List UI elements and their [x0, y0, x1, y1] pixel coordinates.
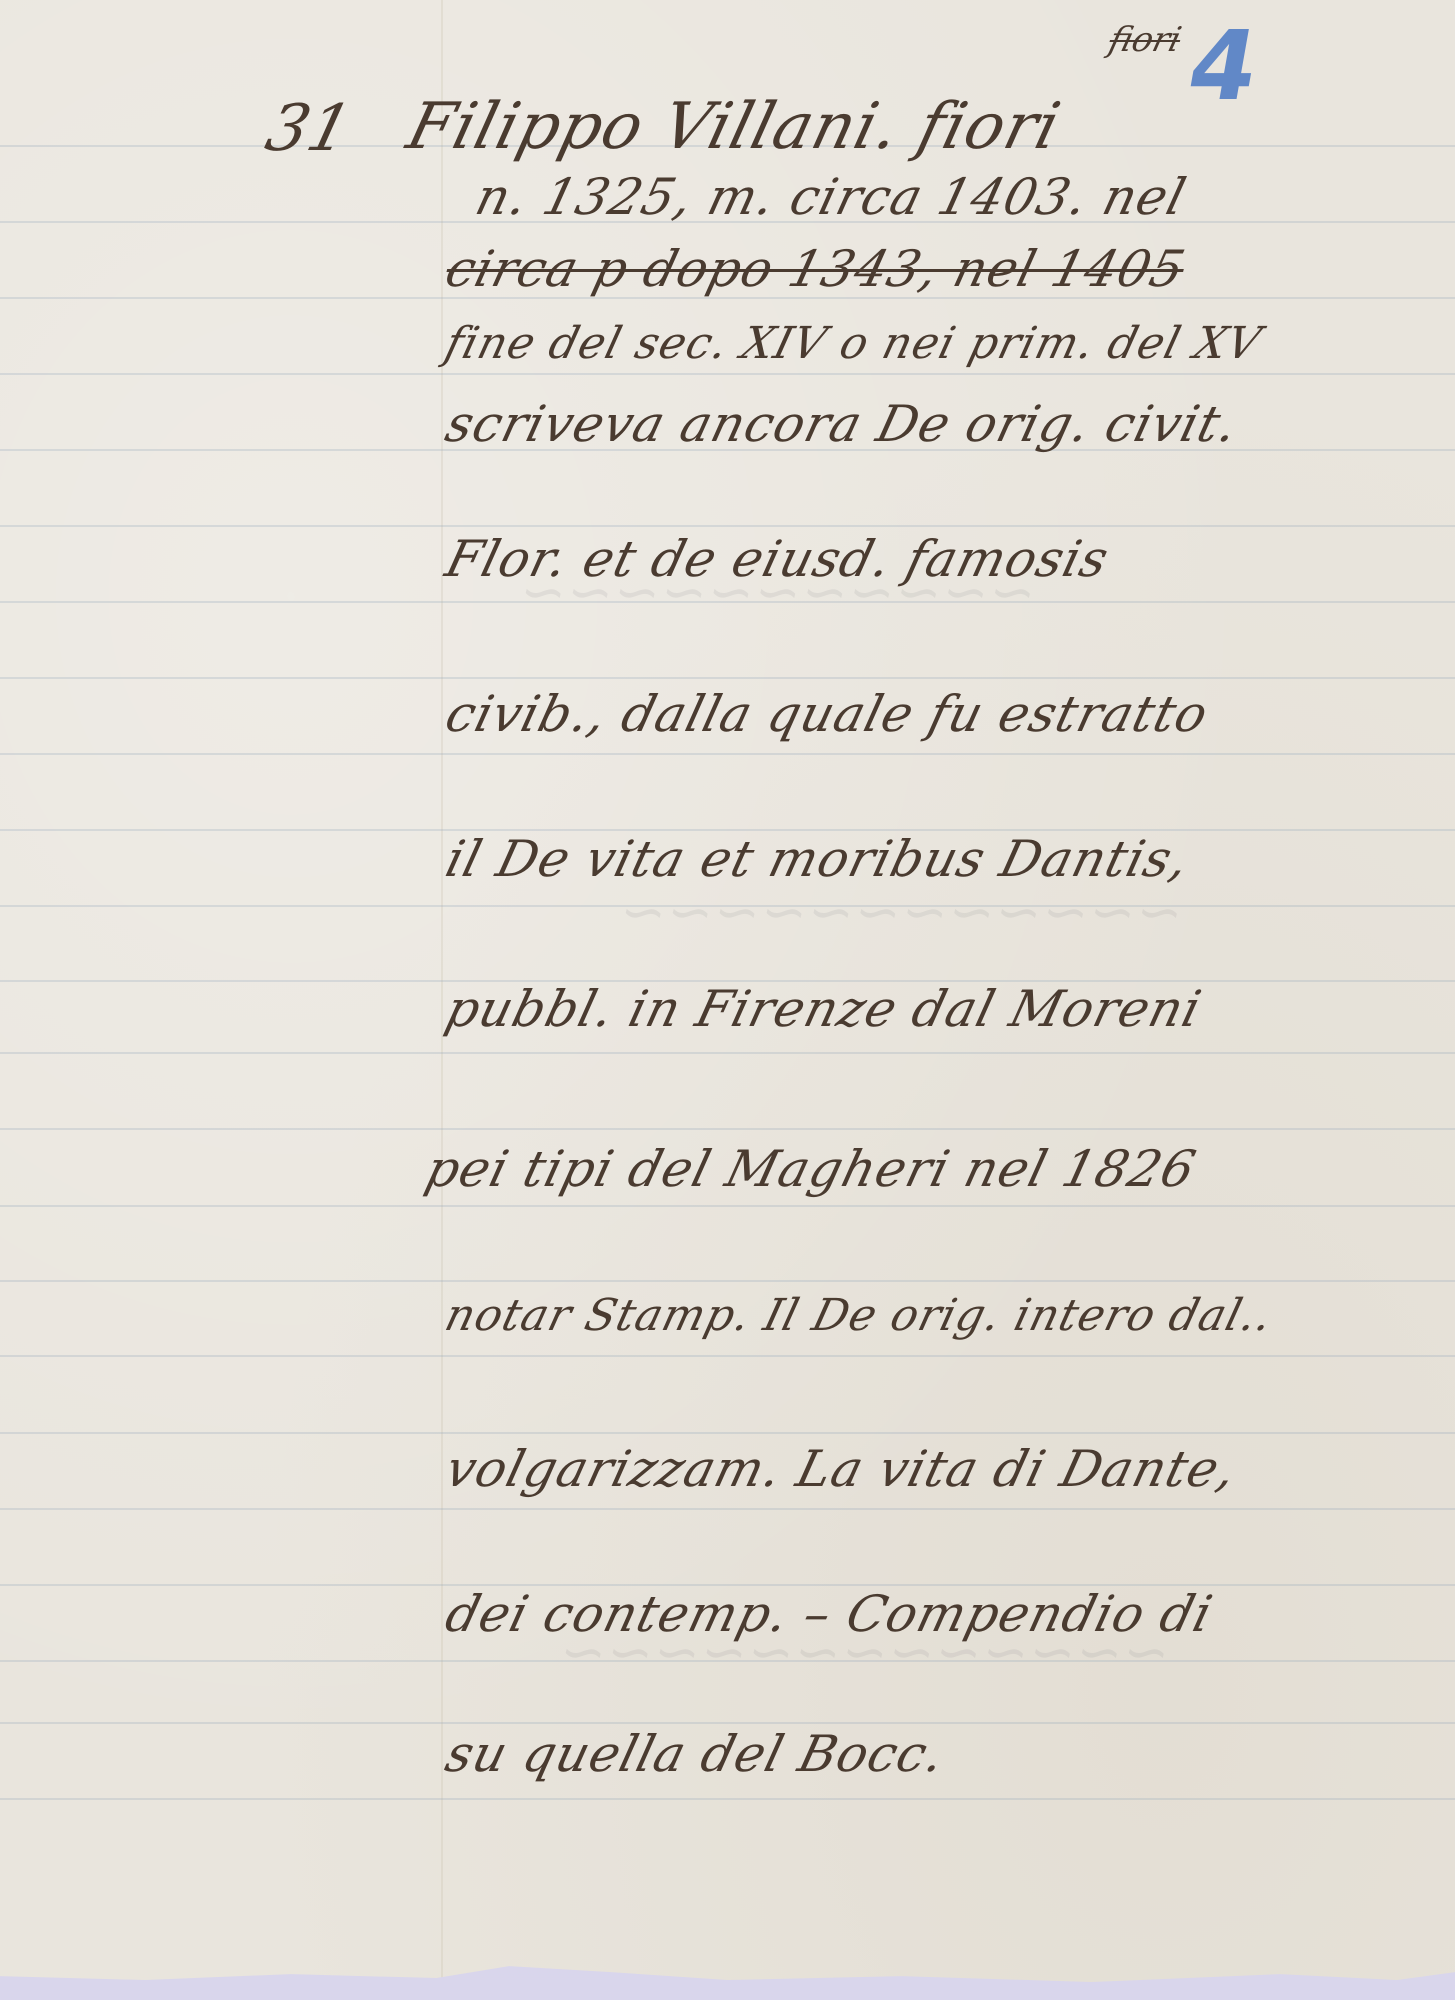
handwritten-line-9: pubbl. in Firenze dal Moreni	[440, 980, 1207, 1038]
ruled-line	[0, 1722, 1455, 1724]
handwritten-line-4: fine del sec. XIV o nei prim. del XV	[440, 318, 1267, 369]
handwritten-line-14: su quella del Bocc.	[440, 1725, 951, 1783]
ruled-line	[0, 753, 1455, 755]
ruled-line	[0, 525, 1455, 527]
handwritten-line-11: notar Stamp. Il De orig. intero dal..	[440, 1290, 1278, 1341]
bleed-through-text: ~~~~~~~~~~~~	[612, 880, 1191, 945]
handwritten-line-12: volgarizzam. La vita di Dante,	[440, 1440, 1243, 1498]
ruled-line	[0, 1355, 1455, 1357]
ruled-line	[0, 1798, 1455, 1800]
ruled-line	[0, 1432, 1455, 1434]
ruled-line	[0, 1128, 1455, 1130]
handwritten-line-2: n. 1325, m. circa 1403. nel	[470, 168, 1192, 226]
handwritten-line-3-struck: circa p dopo 1343, nel 1405	[440, 240, 1191, 298]
struck-word-above: fiori	[1105, 20, 1185, 60]
ruled-line	[0, 1508, 1455, 1510]
handwritten-line-13: dei contemp. – Compendio di	[440, 1585, 1219, 1643]
handwritten-line-8: il De vita et moribus Dantis,	[440, 830, 1195, 888]
ruled-line	[0, 1205, 1455, 1207]
ruled-line	[0, 677, 1455, 679]
handwritten-line-5: scriveva ancora De orig. civit.	[440, 395, 1244, 453]
handwritten-line-6: Flor. et de eiusd. famosis	[440, 530, 1115, 588]
blue-pencil-annotation: 4	[1180, 10, 1267, 122]
handwritten-line-7: civib., dalla quale fu estratto	[440, 685, 1214, 743]
entry-number: 31	[259, 92, 359, 166]
ruled-line	[0, 1280, 1455, 1282]
ruled-line	[0, 1052, 1455, 1054]
handwritten-line-1: Filippo Villani. fiori	[400, 90, 1068, 164]
handwritten-line-10: pei tipi del Magheri nel 1826	[420, 1140, 1202, 1198]
manuscript-page: ~~~~~~~~~~~ ~~~~~~~~~~~~ ~~~~~~~~~~~~~ 3…	[0, 0, 1455, 1988]
ruled-line	[0, 373, 1455, 375]
